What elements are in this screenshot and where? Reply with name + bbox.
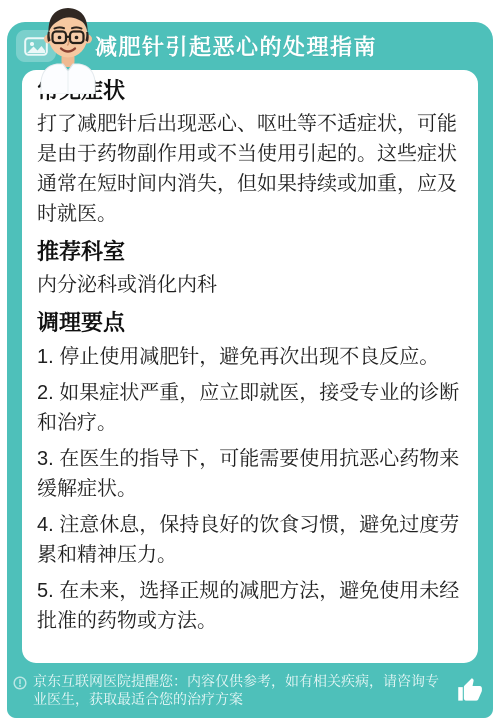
thumbs-up-icon[interactable] (456, 677, 483, 704)
symptoms-paragraph: 打了减肥针后出现恶心、呕吐等不适症状，可能是由于药物副作用或不当使用引起的。这些… (37, 109, 464, 229)
tip-item-3: 3. 在医生的指导下，可能需要使用抗恶心药物来缓解症状。 (37, 444, 464, 504)
card-title: 减肥针引起恶心的处理指南 (95, 31, 377, 62)
card-footer: 京东互联网医院提醒您：内容仅供参考，如有相关疾病，请咨询专业医生，获取最适合您的… (7, 663, 493, 718)
doctor-avatar (27, 2, 109, 94)
info-icon (13, 676, 27, 690)
health-guide-card: 减肥针引起恶心的处理指南 常见症状 打了减肥针后出现恶心、呕吐等不适症状，可能是… (7, 22, 493, 718)
content-card: 常见症状 打了减肥针后出现恶心、呕吐等不适症状，可能是由于药物副作用或不当使用引… (22, 70, 478, 663)
disclaimer-text: 京东互联网医院提醒您：内容仅供参考，如有相关疾病，请咨询专业医生，获取最适合您的… (33, 672, 445, 708)
tip-item-5: 5. 在未来，选择正规的减肥方法，避免使用未经批准的药物或方法。 (37, 576, 464, 636)
section-heading-department: 推荐科室 (37, 239, 464, 265)
doctor-avatar-image (27, 2, 109, 94)
tip-item-2: 2. 如果症状严重，应立即就医，接受专业的诊断和治疗。 (37, 378, 464, 438)
card-header: 减肥针引起恶心的处理指南 (7, 22, 493, 70)
tip-item-4: 4. 注意休息，保持良好的饮食习惯，避免过度劳累和精神压力。 (37, 510, 464, 570)
section-heading-tips: 调理要点 (37, 310, 464, 336)
tip-item-1: 1. 停止使用减肥针，避免再次出现不良反应。 (37, 342, 464, 372)
department-paragraph: 内分泌科或消化内科 (37, 270, 464, 300)
